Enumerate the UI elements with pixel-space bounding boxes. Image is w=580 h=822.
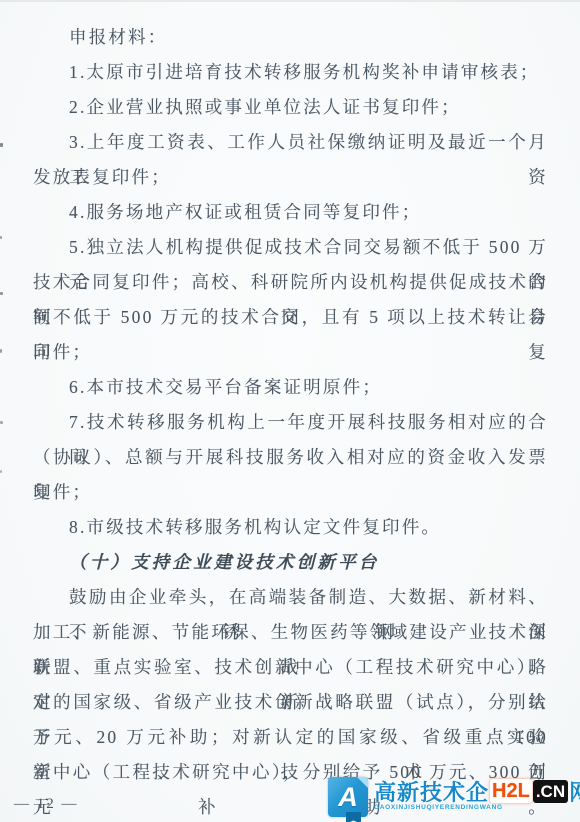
doc-line: 鼓励由企业牵头，在高端装备制造、大数据、新材料、不锈钢深 bbox=[33, 580, 548, 615]
logo-ribbon-icon bbox=[346, 812, 361, 822]
watermark-text-block: 高新技术企 H2L .CN 网 GAOXINJISHUQIYERENDINGWA… bbox=[374, 774, 580, 811]
h2l-badge: H2L bbox=[490, 779, 532, 803]
doc-line: 8.市级技术转移服务机构认定文件复印件。 bbox=[33, 510, 548, 545]
doc-line: 定的国家级、省级产业技术创新战略联盟（试点），分别给予 100 bbox=[33, 685, 548, 720]
doc-line: 1.太原市引进培育技术转移服务机构奖补申请审核表； bbox=[33, 55, 548, 90]
doc-line: 3.上年度工资表、工作人员社保缴纳证明及最近一个月工资 bbox=[33, 125, 548, 160]
document-body: 申报材料：1.太原市引进培育技术转移服务机构奖补申请审核表；2.企业营业执照或事… bbox=[33, 20, 548, 790]
site-logo-icon: A bbox=[328, 777, 368, 817]
doc-line: （协议）、总额与开展科技服务收入相对应的资金收入发票复 bbox=[33, 440, 548, 475]
site-name-prefix: 高新技术企 bbox=[374, 776, 489, 807]
section-heading: （十）支持企业建设技术创新平台 bbox=[33, 545, 548, 580]
doc-line: 7.技术转移服务机构上一年度开展科技服务相对应的合同 bbox=[33, 405, 548, 440]
doc-line: 技术合同复印件；高校、科研院所内设机构提供促成技术合同交易 bbox=[33, 265, 548, 300]
scan-speck bbox=[0, 236, 2, 239]
scan-speck bbox=[0, 143, 3, 147]
page-number: — 12 — bbox=[14, 796, 79, 813]
scan-speck bbox=[0, 349, 2, 353]
scan-streak bbox=[0, 0, 580, 2]
doc-line: 额不低于 500 万元的技术合同，且有 5 项以上技术转让合同复 bbox=[33, 300, 548, 335]
doc-line: 加工、新能源、节能环保、生物医药等领域建设产业技术创新战略 bbox=[33, 615, 548, 650]
scan-speck bbox=[0, 421, 3, 424]
doc-line: 万元、20 万元补助；对新认定的国家级、省级重点实验室、技术创 bbox=[33, 720, 548, 755]
site-watermark: A 高新技术企 H2L .CN 网 GAOXINJISHUQIYERENDING… bbox=[328, 774, 580, 822]
site-pinyin: GAOXINJISHUQIYERENDINGWANG bbox=[374, 804, 580, 811]
scan-speck bbox=[0, 292, 3, 295]
doc-line: 印件； bbox=[33, 475, 548, 510]
logo-letter: A bbox=[328, 777, 368, 817]
doc-line: 2.企业营业执照或事业单位法人证书复印件； bbox=[33, 90, 548, 125]
scan-speck bbox=[0, 470, 2, 473]
doc-line: 4.服务场地产权证或租赁合同等复印件； bbox=[33, 195, 548, 230]
doc-line: 申报材料： bbox=[33, 20, 548, 55]
site-name-suffix: 网 bbox=[569, 776, 580, 807]
scanned-document-page: 申报材料：1.太原市引进培育技术转移服务机构奖补申请审核表；2.企业营业执照或事… bbox=[0, 0, 580, 822]
doc-line: 联盟、重点实验室、技术创新中心（工程技术研究中心）。对新认 bbox=[33, 650, 548, 685]
watermark-title-row: 高新技术企 H2L .CN 网 bbox=[374, 778, 580, 804]
cn-badge: .CN bbox=[533, 780, 568, 803]
doc-line: 5.独立法人机构提供促成技术合同交易额不低于 500 万元的 bbox=[33, 230, 548, 265]
doc-line: 6.本市技术交易平台备案证明原件； bbox=[33, 370, 548, 405]
